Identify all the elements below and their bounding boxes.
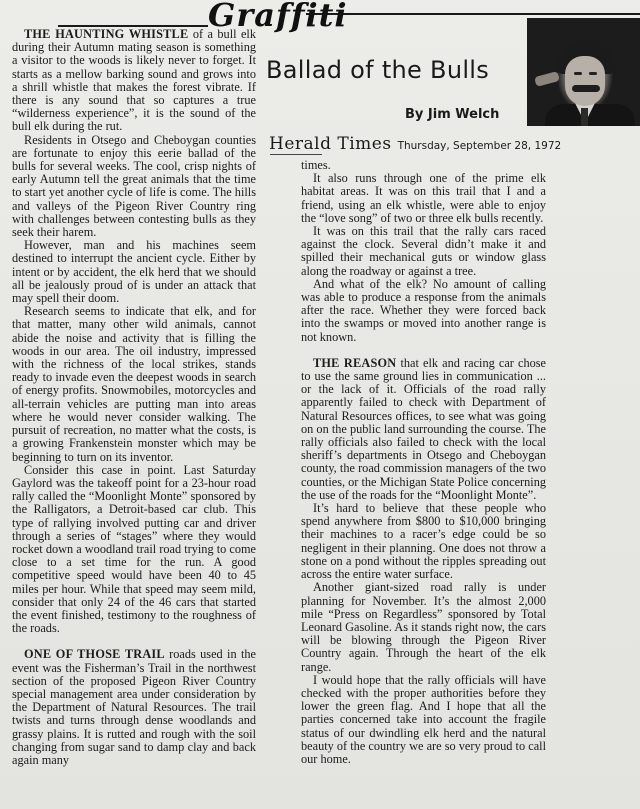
article-column-1: THE HAUNTING WHISTLE of a bull elk durin…: [12, 28, 256, 767]
paragraph: THE HAUNTING WHISTLE of a bull elk durin…: [12, 28, 256, 134]
paragraph: Research seems to indicate that elk, and…: [12, 305, 256, 463]
paragraph: It also runs through one of the prime el…: [301, 172, 546, 225]
paragraph-lead-in: THE REASON: [313, 356, 396, 370]
masthead-rule-right: [306, 13, 640, 15]
portrait-eye-right: [589, 72, 597, 75]
newspaper-dateline: Herald Times Thursday, September 28, 197…: [269, 134, 561, 154]
portrait-face: [565, 56, 605, 106]
paragraph: Consider this case in point. Last Saturd…: [12, 464, 256, 636]
paragraph-lead-in: ONE OF THOSE TRAIL: [24, 647, 165, 661]
paragraph-text: of a bull elk during their Autumn mating…: [12, 27, 256, 133]
paragraph: Residents in Otsego and Cheboygan counti…: [12, 134, 256, 240]
paragraph: And what of the elk? No amount of callin…: [301, 278, 546, 344]
paragraph-lead-in: THE HAUNTING WHISTLE: [24, 27, 188, 41]
paragraph: I would hope that the rally officials wi…: [301, 674, 546, 766]
portrait-tie: [581, 108, 588, 126]
paragraph-text: roads used in the event was the Fisherma…: [12, 647, 256, 767]
article-headline: Ballad of the Bulls: [266, 56, 489, 84]
newspaper-logo: Herald Times: [269, 134, 392, 154]
paragraph: It’s hard to believe that these people w…: [301, 502, 546, 581]
article-byline: By Jim Welch: [405, 107, 499, 122]
paragraph: ONE OF THOSE TRAIL roads used in the eve…: [12, 648, 256, 767]
newspaper-clipping: Graffiti Ballad of the Bulls By Jim Welc…: [0, 0, 640, 809]
paragraph: It was on this trail that the rally cars…: [301, 225, 546, 278]
paragraph-text: that elk and racing car chose to use the…: [301, 356, 546, 502]
portrait-eye-left: [574, 72, 582, 75]
photo-background-detail: [534, 71, 560, 87]
paragraph: However, man and his machines seem desti…: [12, 239, 256, 305]
article-column-2: times. It also runs through one of the p…: [301, 159, 546, 766]
logo-underline: [270, 154, 322, 155]
publication-date: Thursday, September 28, 1972: [398, 140, 562, 152]
paragraph: THE REASON that elk and racing car chose…: [301, 357, 546, 502]
author-portrait-photo: [527, 18, 640, 126]
portrait-mustache: [572, 85, 600, 92]
paragraph: Another giant-sized road rally is under …: [301, 581, 546, 673]
